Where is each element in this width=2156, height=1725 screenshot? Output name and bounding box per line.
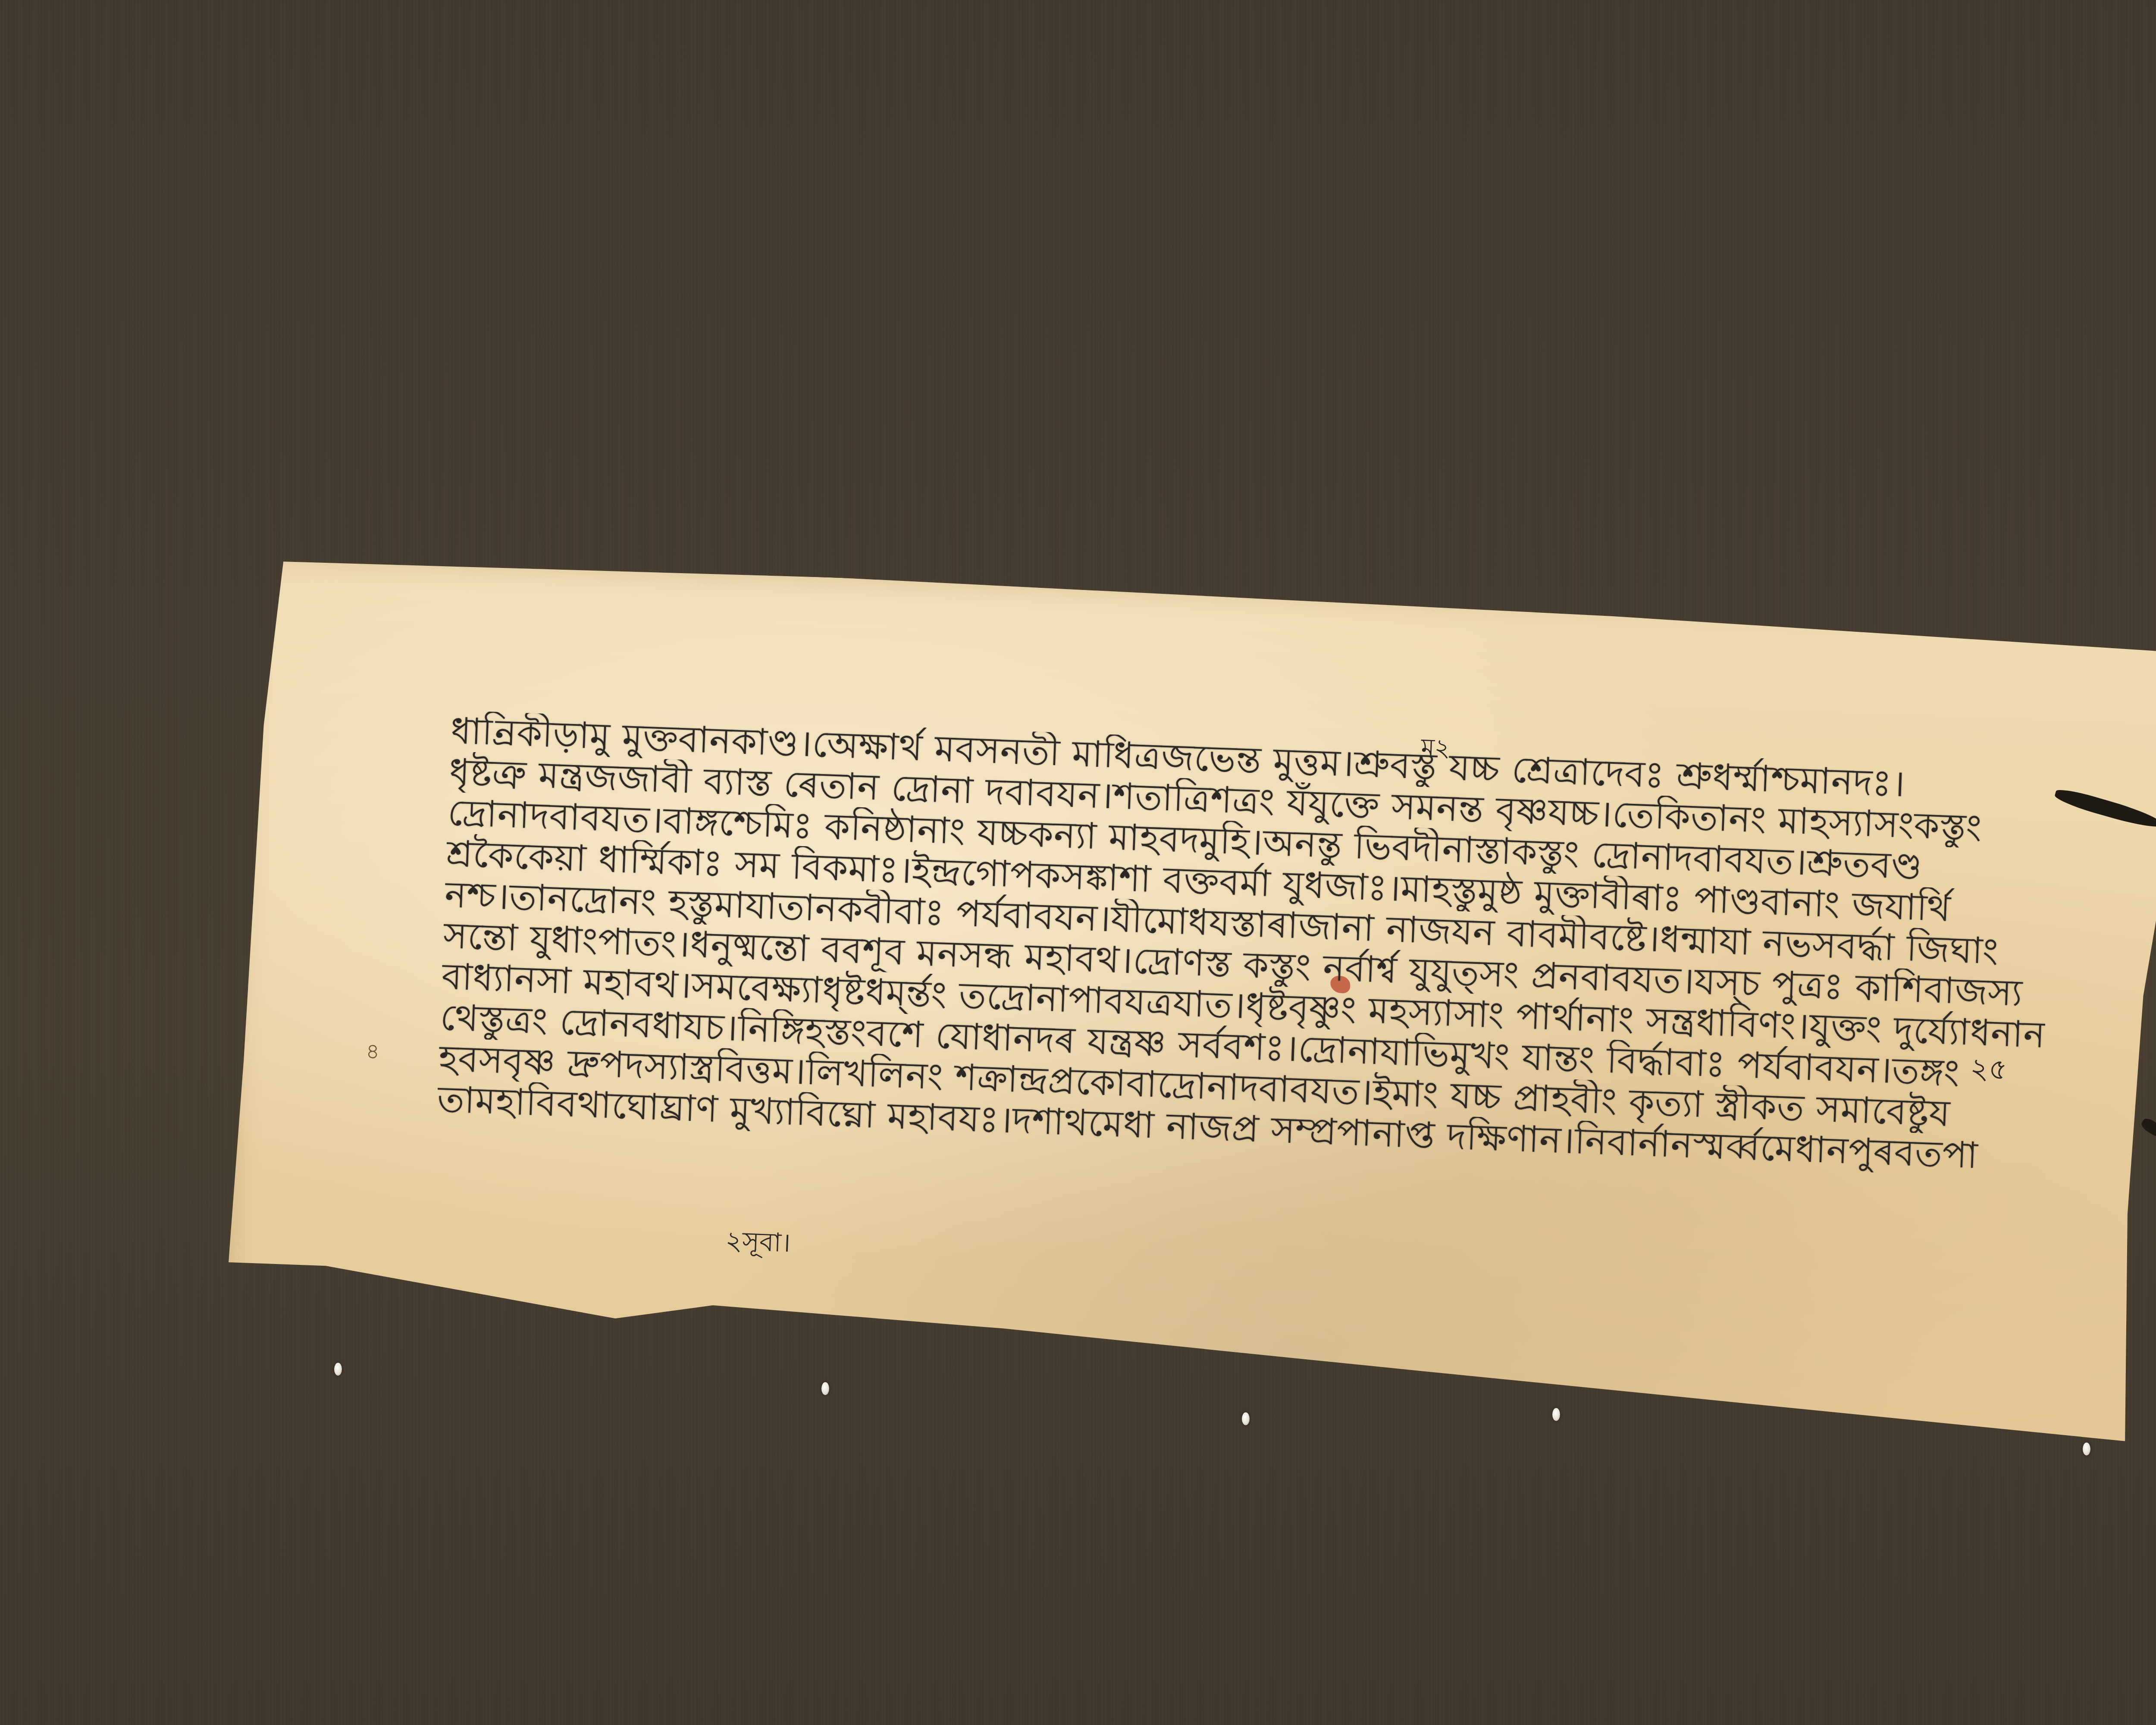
bottom-note: ২সূবা। <box>725 1221 791 1266</box>
manuscript-folio: ম২ ৪ ২৫ ২সূবা। ধান্ৰিকীড়ামু মুক্তবানকাণ… <box>224 556 2156 1468</box>
manuscript-text: ধান্ৰিকীড়ামু মুক্তবানকাণ্ড।অেক্ষাৰ্থ মব… <box>436 710 2054 1179</box>
left-margin-mark: ৪ <box>365 1035 380 1071</box>
paper-tear-small <box>2140 1116 2156 1140</box>
